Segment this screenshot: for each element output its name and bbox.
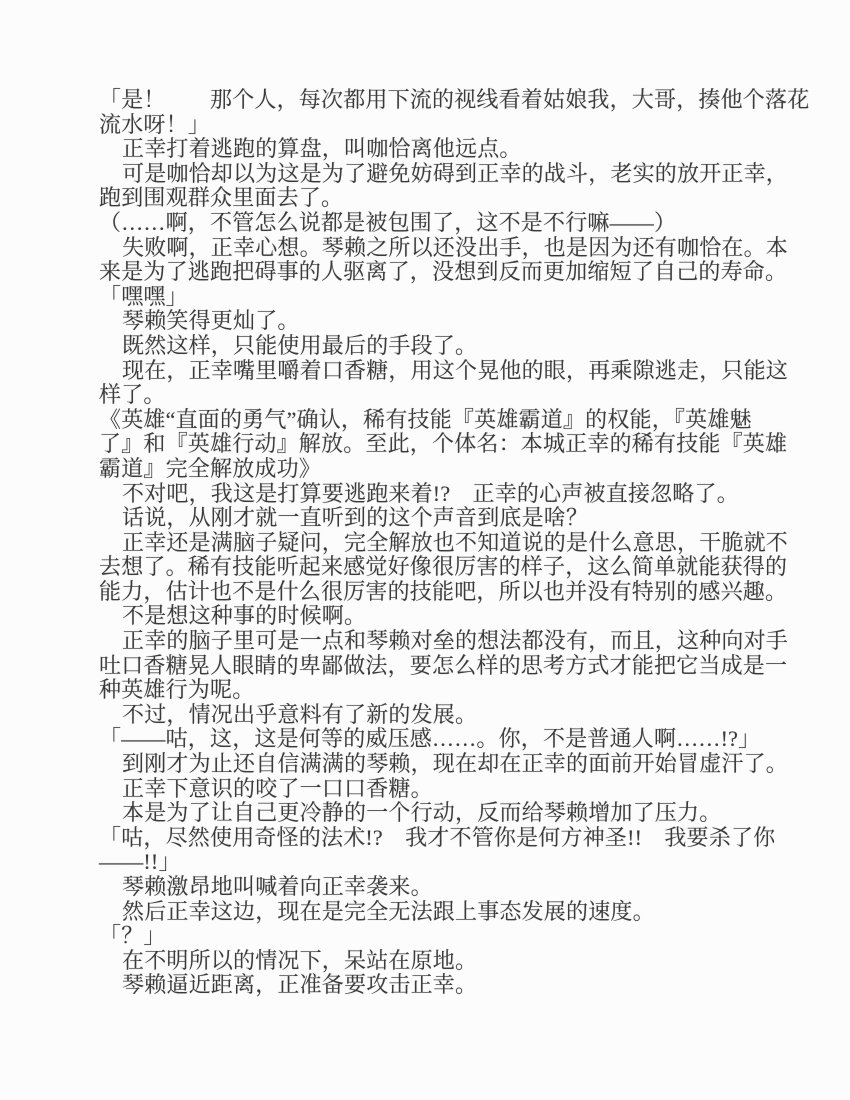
text-line: 不过，情况出乎意料有了新的发展。 [99,703,791,728]
text-line: 不是想这种事的时候啊。 [99,604,791,629]
text-line: 流水呀！」 [99,113,791,138]
text-line: 话说，从刚才就一直听到的这个声音到底是啥？ [99,506,791,531]
text-line: 「？」 [99,924,791,949]
text-line: ——!!」 [99,850,791,875]
text-line: （……啊，不管怎么说都是被包围了，这不是不行嘛——） [99,211,791,236]
text-line: 正幸下意识的咬了一口口香糖。 [99,777,791,802]
text-line: 然后正幸这边，现在是完全无法跟上事态发展的速度。 [99,900,791,925]
text-line: 在不明所以的情况下，呆站在原地。 [99,949,791,974]
text-line: 琴赖笑得更灿了。 [99,309,791,334]
text-line: 现在，正幸嘴里嚼着口香糖，用这个晃他的眼，再乘隙逃走，只能这 [99,359,791,384]
text-line: 样了。 [99,383,791,408]
text-line: 「是！ 那个人，每次都用下流的视线看着姑娘我，大哥，揍他个落花 [99,88,791,113]
text-line: 「——咕，这，这是何等的威压感……。你，不是普通人啊……!?」 [99,727,791,752]
text-line: 「咕，尽然使用奇怪的法术!? 我才不管你是何方神圣!! 我要杀了你 [99,826,791,851]
text-line: 正幸打着逃跑的算盘，叫咖恰离他远点。 [99,137,791,162]
text-line: 本是为了让自己更冷静的一个行动，反而给琴赖增加了压力。 [99,801,791,826]
text-line: 琴赖激昂地叫喊着向正幸袭来。 [99,875,791,900]
page-text: 「是！ 那个人，每次都用下流的视线看着姑娘我，大哥，揍他个落花流水呀！」正幸打着… [99,88,791,998]
text-line: 霸道』完全解放成功》 [99,457,791,482]
text-line: 正幸的脑子里可是一点和琴赖对垒的想法都没有，而且，这种向对手 [99,629,791,654]
text-line: 既然这样，只能使用最后的手段了。 [99,334,791,359]
text-line: 「嘿嘿」 [99,285,791,310]
text-line: 了』和『英雄行动』解放。至此，个体名：本城正幸的稀有技能『英雄 [99,432,791,457]
text-line: 能力，估计也不是什么很厉害的技能吧，所以也并没有特别的感兴趣。 [99,580,791,605]
text-line: 不对吧，我这是打算要逃跑来着!? 正幸的心声被直接忽略了。 [99,482,791,507]
text-line: 琴赖逼近距离，正准备要攻击正幸。 [99,973,791,998]
text-line: 到刚才为止还自信满满的琴赖，现在却在正幸的面前开始冒虚汗了。 [99,752,791,777]
text-line: 正幸还是满脑子疑问，完全解放也不知道说的是什么意思，干脆就不 [99,531,791,556]
text-line: 失败啊，正幸心想。琴赖之所以还没出手，也是因为还有咖恰在。本 [99,236,791,261]
text-line: 去想了。稀有技能听起来感觉好像很厉害的样子，这么简单就能获得的 [99,555,791,580]
text-line: 可是咖恰却以为这是为了避免妨碍到正幸的战斗，老实的放开正幸， [99,162,791,187]
text-line: 跑到围观群众里面去了。 [99,186,791,211]
text-line: 《英雄“直面的勇气”确认，稀有技能『英雄霸道』的权能，『英雄魅 [99,408,791,433]
text-line: 来是为了逃跑把碍事的人驱离了，没想到反而更加缩短了自己的寿命。 [99,260,791,285]
novel-page: 「是！ 那个人，每次都用下流的视线看着姑娘我，大哥，揍他个落花流水呀！」正幸打着… [0,0,850,1100]
text-line: 种英雄行为呢。 [99,678,791,703]
text-line: 吐口香糖晃人眼睛的卑鄙做法，要怎么样的思考方式才能把它当成是一 [99,654,791,679]
